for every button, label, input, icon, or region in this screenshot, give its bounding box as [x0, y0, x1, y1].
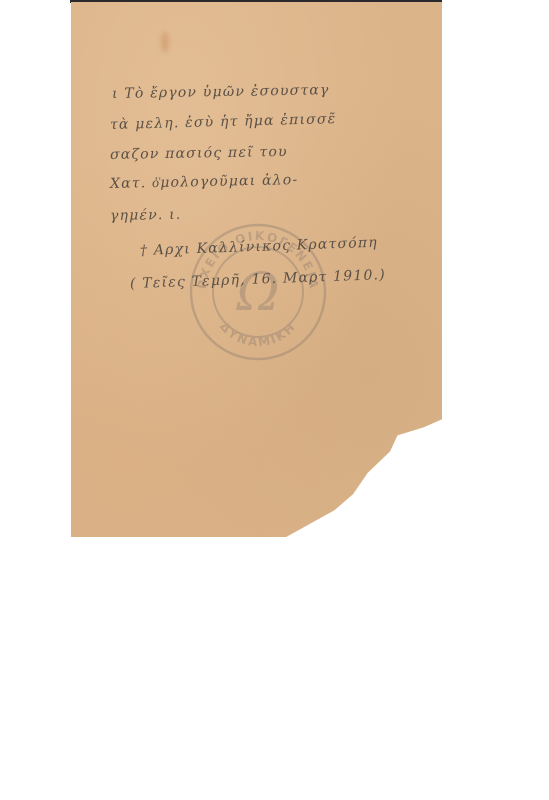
letter-line-5: γημέν. ι. [110, 207, 182, 224]
letter-line-3: σαζον πασιός πεῖ του [110, 144, 288, 163]
svg-text:ΔΥΝΑΜΙΚΗ: ΔΥΝΑΜΙΚΗ [217, 319, 299, 349]
paper-stain [161, 32, 169, 52]
stamp-bottom-text: ΔΥΝΑΜΙΚΗ [217, 319, 299, 349]
